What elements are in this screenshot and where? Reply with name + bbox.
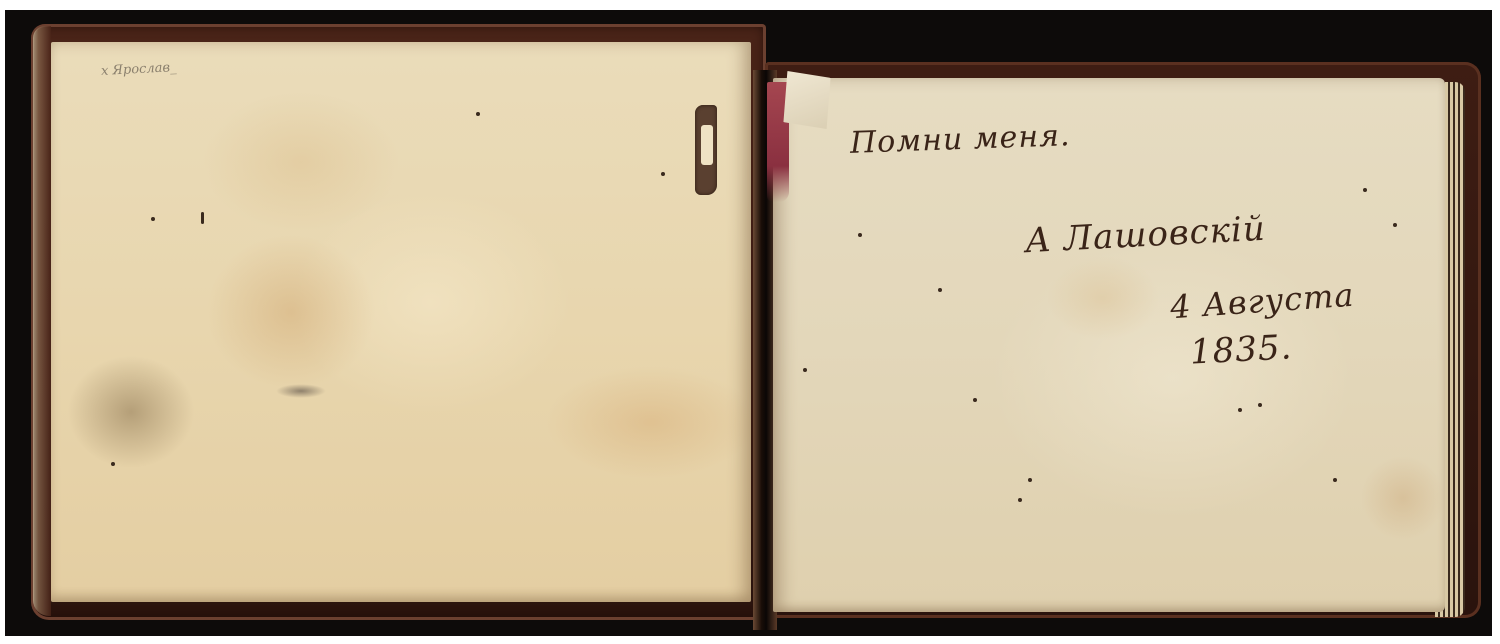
ink-dot [1333,478,1337,482]
ink-dot [803,368,807,372]
ink-mark [201,212,204,224]
ink-dot [1018,498,1022,502]
inscription-year: 1835. [1189,327,1293,372]
ink-dot [858,233,862,237]
ink-dot [1028,478,1032,482]
pencil-note: х Ярослав_ [101,60,177,79]
ink-dot [151,217,155,221]
ink-dot [1393,223,1397,227]
ink-dot [938,288,942,292]
left-page: х Ярослав_ [51,42,751,602]
notebook-photo: х Ярослав_ Помни меня. А Лашовскій 4 Авг… [5,10,1492,636]
ink-dot [1258,403,1262,407]
pencil-smudge [276,384,326,398]
ink-dot [111,462,115,466]
ink-dot [973,398,977,402]
torn-edge [695,105,717,195]
ink-dot [1238,408,1242,412]
ink-dot [476,112,480,116]
ink-dot [661,172,665,176]
ink-dot [1363,188,1367,192]
